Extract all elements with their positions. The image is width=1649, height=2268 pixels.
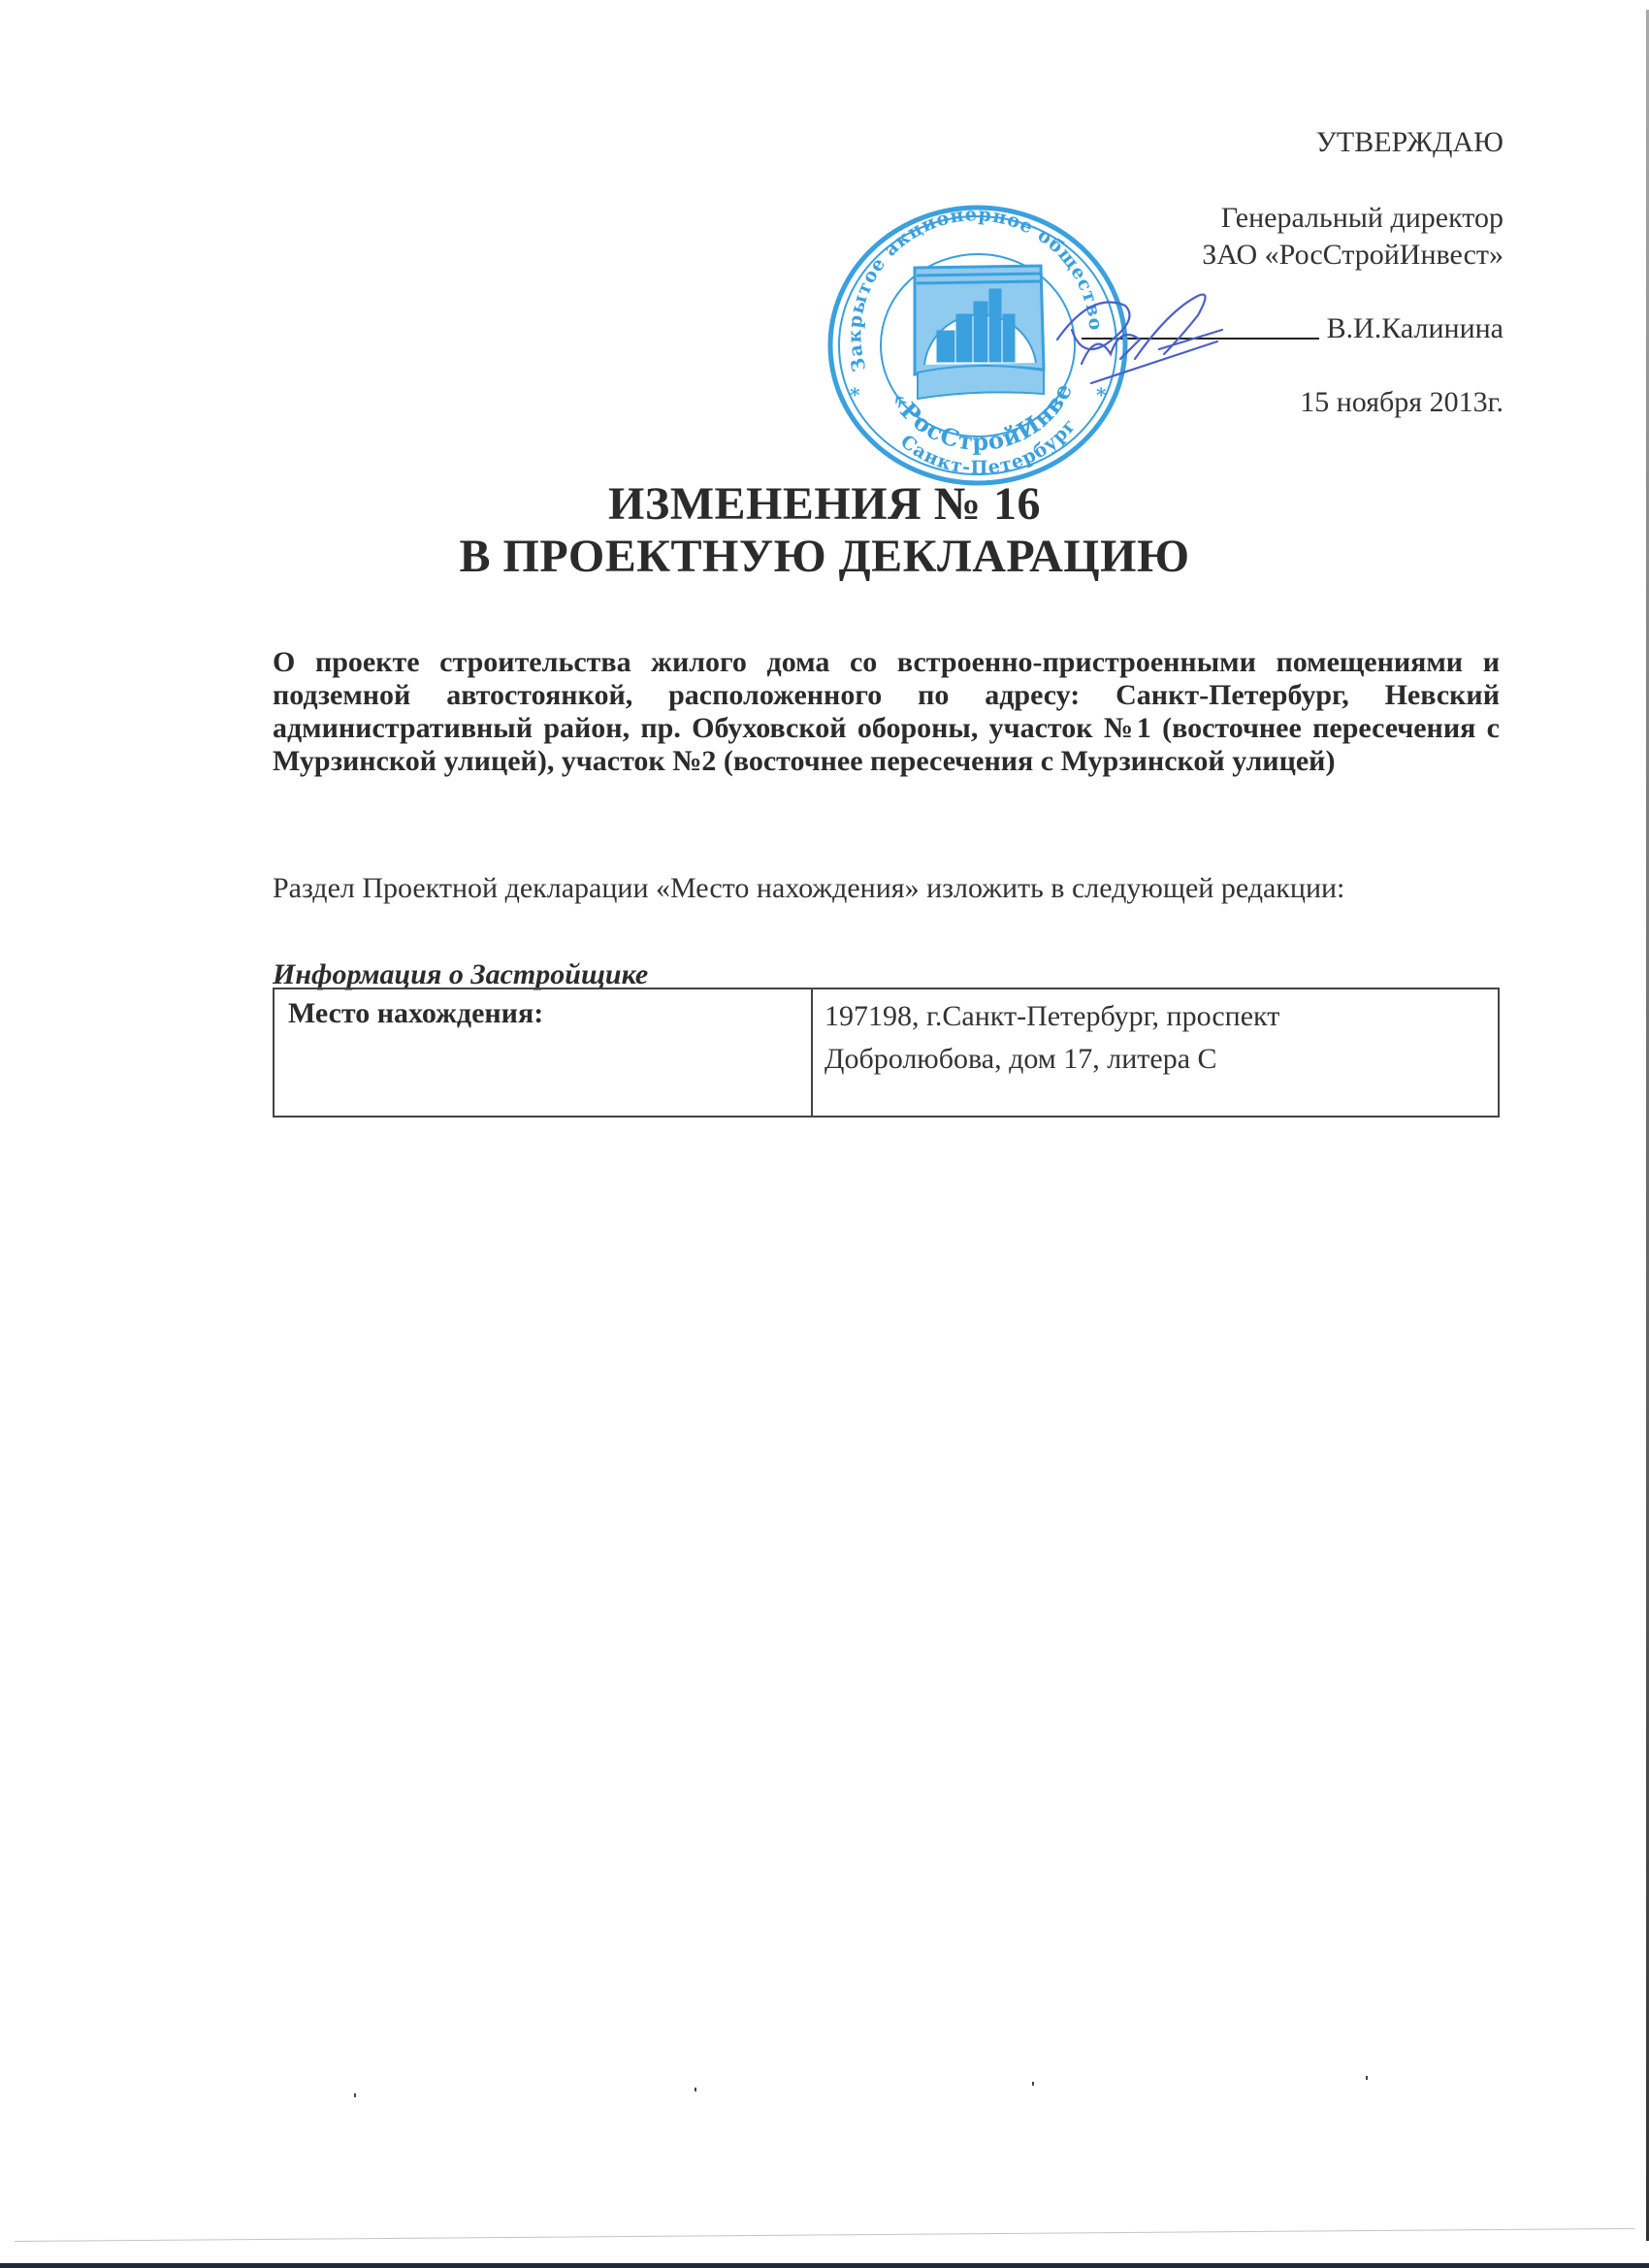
- document-title: ИЗМЕНЕНИЯ № 16: [0, 477, 1649, 532]
- signatory-name: В.И.Калинина: [1327, 310, 1503, 347]
- table-cell-label: Место нахождения:: [275, 989, 813, 1116]
- approver-position-title: Генеральный директор: [1202, 200, 1503, 237]
- page-fold-line: [15, 2228, 1634, 2242]
- developer-info-heading: Информация о Застройщике: [273, 958, 648, 991]
- approver-company: ЗАО «РосСтройИнвест»: [1202, 237, 1503, 274]
- scan-speck: [695, 2088, 696, 2091]
- address-line-2: Добролюбова, дом 17, литера С: [824, 1038, 1486, 1081]
- scan-speck: [1032, 2082, 1034, 2086]
- approval-heading: УТВЕРЖДАЮ: [1316, 124, 1503, 161]
- svg-text:*: *: [850, 383, 860, 406]
- scan-speck: [1366, 2076, 1368, 2080]
- project-description: О проекте строительства жилого дома со в…: [273, 646, 1500, 778]
- approval-date: 15 ноября 2013г.: [1300, 384, 1503, 421]
- scan-speck: [354, 2093, 356, 2097]
- document-subtitle: В ПРОЕКТНУЮ ДЕКЛАРАЦИЮ: [0, 530, 1649, 584]
- document-page: УТВЕРЖДАЮ Генеральный директор ЗАО «РосС…: [0, 0, 1649, 2268]
- scan-edge-bottom: [0, 2263, 1649, 2268]
- table-cell-value: 197198, г.Санкт-Петербург, проспект Добр…: [813, 989, 1498, 1116]
- developer-info-table: Место нахождения: 197198, г.Санкт-Петерб…: [273, 988, 1500, 1118]
- address-line-1: 197198, г.Санкт-Петербург, проспект: [824, 995, 1486, 1038]
- signature-icon: [1052, 272, 1246, 398]
- section-instruction: Раздел Проектной декларации «Место нахож…: [273, 871, 1344, 906]
- approver-position: Генеральный директор ЗАО «РосСтройИнвест…: [1202, 200, 1503, 274]
